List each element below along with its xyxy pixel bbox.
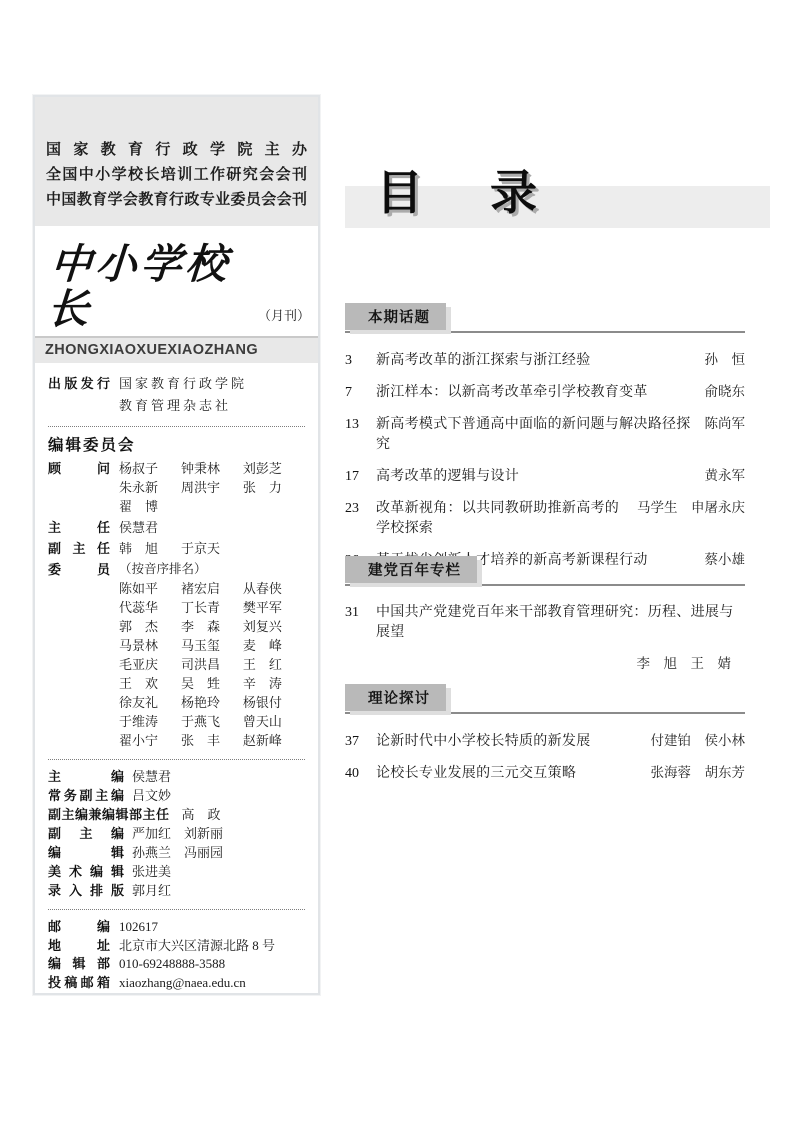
toc-entry: 31 中国共产党建党百年来干部教育管理研究：历程、进展与展望 xyxy=(345,601,745,641)
organizer-line: 全国中小学校长培训工作研究会会刊 xyxy=(46,162,307,187)
name-row: 代蕊华 丁长青 樊平军 xyxy=(119,598,305,617)
divider xyxy=(48,426,305,427)
staff-label: 副主编 xyxy=(48,825,124,843)
article-title: 新高考模式下普通高中面临的新问题与解决路径探究 xyxy=(376,413,693,453)
staff-label: 常务副主编 xyxy=(48,787,124,805)
name-row: 翟小宁 张 丰 赵新峰 xyxy=(119,731,305,750)
person-name: 樊平军 xyxy=(243,598,305,617)
page-number: 17 xyxy=(345,469,376,485)
masthead-panel: 国家教育行政学院主办 全国中小学校长培训工作研究会会刊 中国教育学会教育行政专业… xyxy=(33,95,320,995)
members-row: 委员 （按音序排名） 陈如平 褚宏启 从春侠 代蕊华 丁长青 樊平军 郭 杰 李… xyxy=(48,560,305,750)
staff-row: 美术编辑 张进美 xyxy=(48,863,305,881)
section-header: 建党百年专栏 xyxy=(345,556,745,586)
staff-label: 主编 xyxy=(48,768,124,786)
person-name: 刘彭芝 xyxy=(243,459,305,478)
section-heading: 理论探讨 xyxy=(345,684,446,711)
article-list: 37 论新时代中小学校长特质的新发展 付建铂 侯小林 40 论校长专业发展的三元… xyxy=(345,729,745,782)
director-names: 侯慧君 xyxy=(119,518,305,537)
publisher-row: 出版发行 国家教育行政学院 教育管理杂志社 xyxy=(48,373,305,417)
name-row: 徐友礼 杨艳玲 杨银付 xyxy=(119,693,305,712)
page-number: 37 xyxy=(345,734,376,750)
person-name: 于京天 xyxy=(181,539,243,558)
contact-label: 邮编 xyxy=(48,918,110,937)
page-number: 23 xyxy=(345,501,376,517)
person-name: 钟秉林 xyxy=(181,459,243,478)
page-number: 13 xyxy=(345,417,376,433)
contact-row: 地址 北京市大兴区清源北路 8 号 xyxy=(48,937,305,956)
publisher-value: 国家教育行政学院 教育管理杂志社 xyxy=(119,373,247,417)
staff-value: 张进美 xyxy=(132,863,171,881)
toc-entry: 7 浙江样本：以新高考改革牵引学校教育变革 俞晓东 xyxy=(345,380,745,401)
article-title: 新高考改革的浙江探索与浙江经验 xyxy=(376,349,693,369)
person-name: 马景林 xyxy=(119,636,181,655)
toc-entry: 40 论校长专业发展的三元交互策略 张海蓉 胡东芳 xyxy=(345,761,745,782)
staff-value: 吕文妙 xyxy=(132,787,171,805)
person-name: 丁长青 xyxy=(181,598,243,617)
contact-value: 010-69248888-3588 xyxy=(119,955,225,974)
person-name: 张 丰 xyxy=(181,731,243,750)
deputy-director-label: 副主任 xyxy=(48,539,110,558)
person-name: 张 力 xyxy=(243,478,305,497)
person-name: 赵新峰 xyxy=(243,731,305,750)
contact-value: 北京市大兴区清源北路 8 号 xyxy=(119,937,275,956)
toc-section-theory: 理论探讨 37 论新时代中小学校长特质的新发展 付建铂 侯小林 40 论校长专业… xyxy=(345,684,745,793)
staff-row: 常务副主编 吕文妙 xyxy=(48,787,305,805)
name-row: 郭 杰 李 森 刘复兴 xyxy=(119,617,305,636)
person-name: 韩 旭 xyxy=(119,539,181,558)
person-name: 曾天山 xyxy=(243,712,305,731)
page-number: 40 xyxy=(345,766,376,782)
person-name: 吴 甡 xyxy=(181,674,243,693)
members-block: （按音序排名） 陈如平 褚宏启 从春侠 代蕊华 丁长青 樊平军 郭 杰 李 森 … xyxy=(119,560,305,750)
staff-value: 孙燕兰 冯丽园 xyxy=(132,844,223,862)
divider xyxy=(48,909,305,910)
staff-value: 高 政 xyxy=(182,806,221,824)
person-name: 王 欢 xyxy=(119,674,181,693)
contact-row: 投稿邮箱 xiaozhang@naea.edu.cn xyxy=(48,974,305,993)
staff-block: 主编 侯慧君 常务副主编 吕文妙 副主编兼编辑部主任 高 政 副主编 严加红 刘… xyxy=(48,768,305,900)
person-name: 代蕊华 xyxy=(119,598,181,617)
advisors-row: 顾问 杨叔子 钟秉林 刘彭芝 朱永新 周洪宇 张 力 翟 博 xyxy=(48,459,305,516)
article-authors: 黄永军 xyxy=(705,464,746,484)
staff-label: 编辑 xyxy=(48,844,124,862)
advisors-names: 杨叔子 钟秉林 刘彭芝 朱永新 周洪宇 张 力 翟 博 xyxy=(119,459,305,516)
staff-value: 严加红 刘新丽 xyxy=(132,825,223,843)
staff-row: 录入排版 郭月红 xyxy=(48,882,305,900)
deputy-director-row: 副主任 韩 旭 于京天 xyxy=(48,539,305,558)
contact-row: 广告发行 010-69226801 010-69241029 xyxy=(48,992,305,995)
publisher-line: 教育管理杂志社 xyxy=(119,395,247,417)
person-name: 侯慧君 xyxy=(119,518,181,537)
person-name: 杨银付 xyxy=(243,693,305,712)
article-list: 3 新高考改革的浙江探索与浙江经验 孙 恒 7 浙江样本：以新高考改革牵引学校教… xyxy=(345,348,745,569)
person-name: 于维涛 xyxy=(119,712,181,731)
person-name: 陈如平 xyxy=(119,579,181,598)
toc-section-party-centenary: 建党百年专栏 31 中国共产党建党百年来干部教育管理研究：历程、进展与展望 李 … xyxy=(345,556,745,672)
journal-pinyin: ZHONGXIAOXUEXIAOZHANG xyxy=(35,336,318,363)
toc-entry: 37 论新时代中小学校长特质的新发展 付建铂 侯小林 xyxy=(345,729,745,750)
name-row: 杨叔子 钟秉林 刘彭芝 xyxy=(119,459,305,478)
person-name: 于燕飞 xyxy=(181,712,243,731)
section-heading: 建党百年专栏 xyxy=(345,556,477,583)
name-row: 于维涛 于燕飞 曾天山 xyxy=(119,712,305,731)
section-header: 理论探讨 xyxy=(345,684,745,714)
staff-value: 侯慧君 xyxy=(132,768,171,786)
person-name xyxy=(181,497,243,516)
staff-row: 主编 侯慧君 xyxy=(48,768,305,786)
staff-value: 郭月红 xyxy=(132,882,171,900)
staff-row: 副主编兼编辑部主任 高 政 xyxy=(48,806,305,824)
toc-entry: 13 新高考模式下普通高中面临的新问题与解决路径探究 陈尚军 xyxy=(345,412,745,453)
person-name: 刘复兴 xyxy=(243,617,305,636)
name-row: 王 欢 吴 甡 辛 涛 xyxy=(119,674,305,693)
article-title: 改革新视角：以共同教研助推新高考的学校探索 xyxy=(376,497,625,537)
person-name: 王 红 xyxy=(243,655,305,674)
staff-label: 美术编辑 xyxy=(48,863,124,881)
contact-row: 编辑部 010-69248888-3588 xyxy=(48,955,305,974)
person-name: 麦 峰 xyxy=(243,636,305,655)
editorial-board-heading: 编辑委员会 xyxy=(48,435,305,457)
person-name: 杨艳玲 xyxy=(181,693,243,712)
contact-value: 102617 xyxy=(119,918,158,937)
toc-entry: 3 新高考改革的浙江探索与浙江经验 孙 恒 xyxy=(345,348,745,369)
section-heading: 本期话题 xyxy=(345,303,446,330)
organizer-line: 中国教育学会教育行政专业委员会会刊 xyxy=(46,187,307,212)
article-authors: 俞晓东 xyxy=(705,380,746,400)
article-title: 论校长专业发展的三元交互策略 xyxy=(376,762,639,782)
contact-value: xiaozhang@naea.edu.cn xyxy=(119,974,246,993)
person-name: 褚宏启 xyxy=(181,579,243,598)
contact-label: 编辑部 xyxy=(48,955,110,974)
staff-label: 录入排版 xyxy=(48,882,124,900)
contact-row: 邮编 102617 xyxy=(48,918,305,937)
name-row: 翟 博 xyxy=(119,497,305,516)
contact-value: 010-69226801 010-69241029 xyxy=(119,992,284,995)
members-label: 委员 xyxy=(48,560,110,750)
staff-row: 副主编 严加红 刘新丽 xyxy=(48,825,305,843)
article-authors: 陈尚军 xyxy=(705,412,746,432)
person-name: 翟小宁 xyxy=(119,731,181,750)
deputy-director-names: 韩 旭 于京天 xyxy=(119,539,305,558)
person-name: 朱永新 xyxy=(119,478,181,497)
person-name: 杨叔子 xyxy=(119,459,181,478)
page-number: 7 xyxy=(345,385,376,401)
person-name: 郭 杰 xyxy=(119,617,181,636)
person-name: 翟 博 xyxy=(119,497,181,516)
name-row: 朱永新 周洪宇 张 力 xyxy=(119,478,305,497)
publisher-line: 国家教育行政学院 xyxy=(119,373,247,395)
toc-title: 目 录 xyxy=(376,156,547,223)
staff-label: 副主编兼编辑部主任 xyxy=(48,806,170,824)
publisher-label: 出版发行 xyxy=(48,373,110,417)
journal-title: 中小学校长 xyxy=(46,242,259,332)
article-authors: 付建铂 侯小林 xyxy=(651,729,746,749)
person-name: 马玉玺 xyxy=(181,636,243,655)
article-title: 高考改革的逻辑与设计 xyxy=(376,465,693,485)
article-list: 31 中国共产党建党百年来干部教育管理研究：历程、进展与展望 李 旭 王 婧 xyxy=(345,601,745,672)
page-number: 3 xyxy=(345,353,376,369)
person-name: 毛亚庆 xyxy=(119,655,181,674)
organizer-block: 国家教育行政学院主办 全国中小学校长培训工作研究会会刊 中国教育学会教育行政专业… xyxy=(35,97,318,226)
divider xyxy=(48,759,305,760)
article-authors: 孙 恒 xyxy=(705,348,746,368)
person-name xyxy=(243,497,305,516)
organizer-line: 国家教育行政学院主办 xyxy=(46,137,307,162)
journal-title-block: 中小学校长 （月刊） xyxy=(35,226,318,336)
person-name xyxy=(243,539,305,558)
section-header: 本期话题 xyxy=(345,303,745,333)
name-row: 毛亚庆 司洪昌 王 红 xyxy=(119,655,305,674)
person-name: 周洪宇 xyxy=(181,478,243,497)
journal-frequency: （月刊） xyxy=(258,305,310,324)
article-authors: 马学生 申屠永庆 xyxy=(637,496,745,516)
advisors-label: 顾问 xyxy=(48,459,110,516)
person-name: 李 森 xyxy=(181,617,243,636)
person-name: 从春侠 xyxy=(243,579,305,598)
toc-entry: 23 改革新视角：以共同教研助推新高考的学校探索 马学生 申屠永庆 xyxy=(345,496,745,537)
article-title: 论新时代中小学校长特质的新发展 xyxy=(376,730,639,750)
toc-entry: 17 高考改革的逻辑与设计 黄永军 xyxy=(345,464,745,485)
masthead-body: 出版发行 国家教育行政学院 教育管理杂志社 编辑委员会 顾问 杨叔子 钟秉林 刘… xyxy=(35,363,318,995)
article-authors: 张海蓉 胡东芳 xyxy=(651,761,746,781)
name-row: 陈如平 褚宏启 从春侠 xyxy=(119,579,305,598)
article-title: 中国共产党建党百年来干部教育管理研究：历程、进展与展望 xyxy=(376,601,745,641)
members-note: （按音序排名） xyxy=(119,560,305,579)
article-authors: 李 旭 王 婧 xyxy=(345,652,745,672)
page-number: 31 xyxy=(345,605,376,621)
contact-label: 地址 xyxy=(48,937,110,956)
contact-label: 广告发行 xyxy=(48,992,110,995)
contact-label: 投稿邮箱 xyxy=(48,974,110,993)
staff-row: 编辑 孙燕兰 冯丽园 xyxy=(48,844,305,862)
name-row: 马景林 马玉玺 麦 峰 xyxy=(119,636,305,655)
toc-section-topic: 本期话题 3 新高考改革的浙江探索与浙江经验 孙 恒 7 浙江样本：以新高考改革… xyxy=(345,303,745,580)
contact-block: 邮编 102617 地址 北京市大兴区清源北路 8 号 编辑部 010-6924… xyxy=(48,918,305,995)
article-title: 浙江样本：以新高考改革牵引学校教育变革 xyxy=(376,381,693,401)
director-label: 主任 xyxy=(48,518,110,537)
person-name: 司洪昌 xyxy=(181,655,243,674)
person-name: 辛 涛 xyxy=(243,674,305,693)
director-row: 主任 侯慧君 xyxy=(48,518,305,537)
person-name: 徐友礼 xyxy=(119,693,181,712)
